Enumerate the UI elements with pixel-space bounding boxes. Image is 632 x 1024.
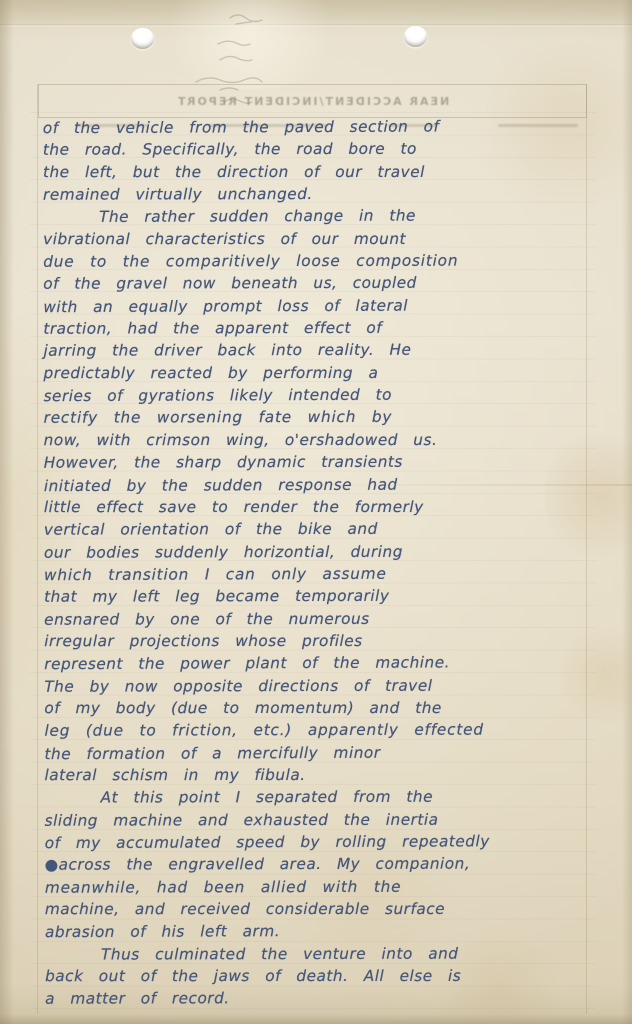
punch-hole-left: [131, 28, 154, 49]
punch-hole-right: [404, 26, 427, 47]
manuscript-line: of the gravel now beneath us, coupled: [43, 272, 583, 296]
manuscript-line: Thus culminated the venture into and: [45, 942, 585, 966]
manuscript-line: leg (due to friction, etc.) apparently e…: [44, 719, 584, 743]
form-border-right-bleedthrough: [586, 84, 587, 1014]
paper-bottom-edge: [0, 1014, 632, 1024]
form-border-left-bleedthrough: [37, 84, 38, 1014]
manuscript-line: predictably reacted by performing a: [43, 362, 583, 385]
manuscript-line: meanwhile, had been allied with the: [45, 875, 585, 899]
manuscript-line: machine, and received considerable surfa…: [45, 898, 585, 921]
manuscript: of the vehicle from the paved section of…: [43, 115, 585, 1010]
manuscript-line: The rather sudden change in the: [43, 204, 583, 229]
manuscript-line: of my body (due to momentum) and the: [44, 697, 584, 720]
manuscript-line: jarring the driver back into reality. He: [43, 339, 583, 363]
manuscript-line: back out of the jaws of death. All else …: [45, 965, 585, 988]
manuscript-line: a matter of record.: [45, 987, 585, 1011]
manuscript-line: which transition I can only assume: [44, 562, 584, 587]
manuscript-line: our bodies suddenly horizontial, during: [44, 540, 584, 564]
manuscript-line: now, with crimson wing, o'ershadowed us.: [44, 429, 584, 452]
manuscript-line: vertical orientation of the bike and: [44, 517, 584, 541]
manuscript-line: initiated by the sudden response had: [44, 472, 584, 497]
manuscript-line: irregular projections whose profiles: [44, 630, 584, 653]
paper-left-edge: [0, 0, 14, 1024]
paper-right-edge: [622, 0, 632, 1024]
manuscript-line: little effect save to render the formerl…: [44, 496, 584, 519]
manuscript-line: the road. Specifically, the road bore to: [43, 138, 583, 162]
manuscript-line: sliding machine and exhausted the inerti…: [45, 808, 585, 832]
manuscript-line: the left, but the direction of our trave…: [43, 161, 583, 184]
bleedthrough-scribbles: [190, 6, 320, 116]
manuscript-line: that my left leg became temporarily: [44, 585, 584, 609]
manuscript-line: vibrational characteristics of our mount: [43, 228, 583, 251]
manuscript-line: At this point I separated from the: [45, 786, 585, 810]
manuscript-line: traction, had the apparent effect of: [43, 316, 583, 340]
manuscript-line: of my accumulated speed by rolling repea…: [45, 830, 585, 855]
manuscript-line: of the vehicle from the paved section of: [43, 115, 583, 140]
manuscript-line: rectify the worsening fate which by: [44, 406, 584, 430]
manuscript-line: remained virtually unchanged.: [43, 182, 583, 206]
manuscript-line: with an equally prompt loss of lateral: [43, 294, 583, 319]
scanned-page: NEAR ACCIDENT/INCIDENT REPORT of the veh…: [0, 0, 632, 1024]
manuscript-line: ●across the engravelled area. My compani…: [45, 853, 585, 877]
manuscript-line: the formation of a mercifully minor: [44, 740, 584, 765]
manuscript-line: lateral schism in my fibula.: [45, 764, 585, 787]
manuscript-line: The by now opposite directions of travel: [44, 674, 584, 698]
manuscript-line: However, the sharp dynamic transients: [44, 450, 584, 474]
manuscript-line: abrasion of his left arm.: [45, 919, 585, 944]
manuscript-line: ensnared by one of the numerous: [44, 607, 584, 631]
manuscript-line: due to the comparitively loose compositi…: [43, 249, 583, 273]
manuscript-line: series of gyrations likely intended to: [44, 383, 584, 408]
manuscript-line: represent the power plant of the machine…: [44, 651, 584, 676]
